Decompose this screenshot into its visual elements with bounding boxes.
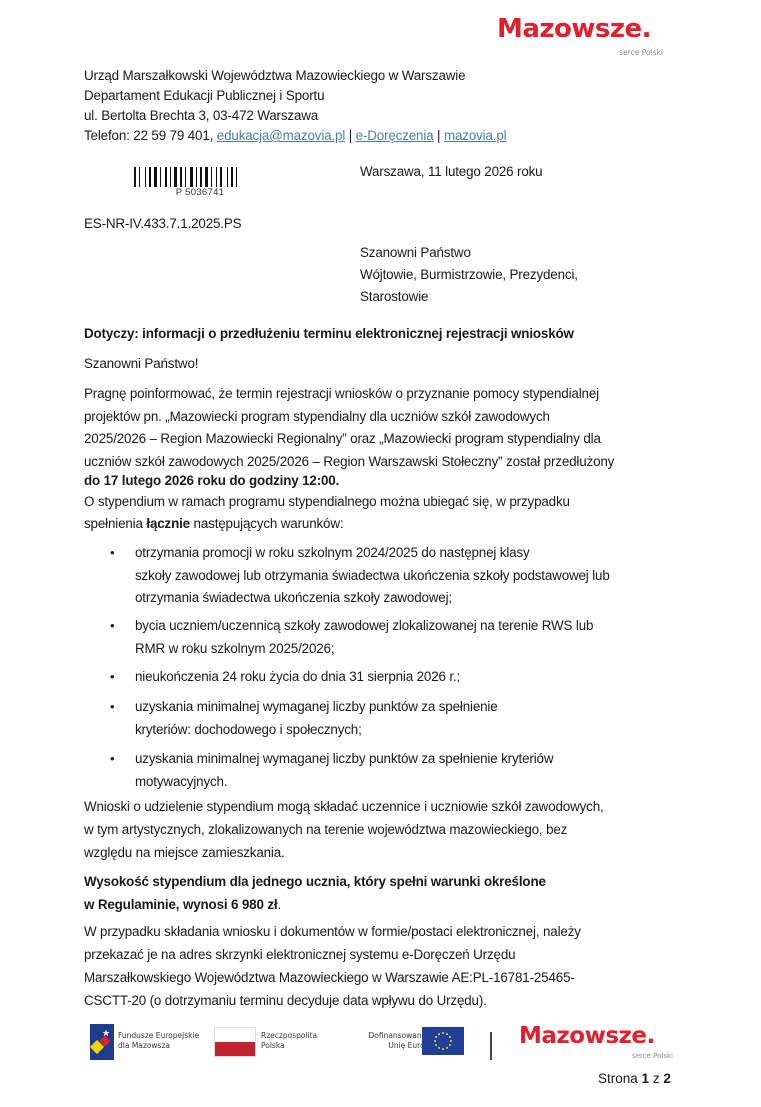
paragraph-stipend-amount: Wysokość stypendium dla jednego ucznia, … [84, 872, 546, 918]
logo-tagline: serce Polski [632, 1052, 673, 1060]
eu-flag-icon [422, 1027, 464, 1055]
email-link[interactable]: edukacja@mazovia.pl [217, 128, 345, 143]
paragraph-line: O stypendium w ramach programu stypendia… [84, 492, 570, 514]
logo-text: Polska [261, 1041, 317, 1051]
paragraph-line: Wnioski o udzielenie stypendium mogą skł… [84, 797, 604, 820]
logo-text: dla Mazowsza [118, 1041, 199, 1051]
mazowsze-logo: Mazowsze. serce Polski [497, 20, 667, 60]
letter-subject: Dotyczy: informacji o przedłużeniu termi… [84, 324, 574, 344]
paragraph-line: W przypadku składania wniosku i dokument… [84, 922, 581, 945]
barcode-bars [134, 167, 266, 187]
list-item-line: nieukończenia 24 roku życia do dnia 31 s… [135, 667, 460, 690]
paragraph-line: spełnienia łącznie następujących warunkó… [84, 514, 570, 536]
list-item-line: otrzymania promocji w roku szkolnym 2024… [135, 543, 610, 566]
paragraph-eligibility-intro: O stypendium w ramach programu stypendia… [84, 492, 570, 536]
text-segment: następujących warunków: [190, 516, 343, 531]
list-item-line: uzyskania minimalnej wymaganej liczby pu… [135, 749, 553, 772]
logo-wordmark: Mazowsze. [519, 1023, 655, 1049]
list-item-line: szkoły zawodowej lub otrzymania świadect… [135, 566, 610, 589]
logo-text: Fundusze Europejskie [118, 1031, 199, 1041]
logo-tagline: serce Polski [619, 48, 663, 57]
paragraph-line: względu na miejsce zamieszkania. [84, 843, 604, 866]
sender-department: Departament Edukacji Publicznej i Sportu [84, 86, 506, 106]
sender-office: Urząd Marszałkowski Województwa Mazowiec… [84, 66, 506, 86]
addressee-line: Szanowni Państwo [360, 243, 578, 265]
paragraph-line: Marszałkowskiego Województwa Mazowieckie… [84, 968, 581, 991]
addressee-line: Wójtowie, Burmistrzowie, Prezydenci, [360, 265, 578, 287]
list-item-line: uzyskania minimalnej wymaganej liczby pu… [135, 697, 498, 720]
page-number: Strona 1 z 2 [598, 1071, 671, 1086]
polish-flag-icon [214, 1027, 256, 1057]
paragraph-line: projektów pn. „Mazowiecki program stypen… [84, 407, 684, 430]
list-item-line: bycia uczniem/uczennicą szkoły zawodowej… [135, 616, 593, 639]
footer-divider [490, 1032, 492, 1060]
paragraph-line: 2025/2026 – Region Mazowiecki Regionalny… [84, 429, 684, 452]
text-segment: w Regulaminie, wynosi 6 980 zł [84, 897, 277, 912]
list-item-line: kryteriów: dochodowego i społecznych; [135, 720, 498, 743]
list-item-line: otrzymania świadectwa ukończenia szkoły … [135, 588, 610, 611]
paragraph-extension-info: Pragnę poinformować, że termin rejestrac… [84, 384, 684, 474]
fe-flag-icon: ★ [90, 1024, 114, 1060]
total-pages: 2 [663, 1071, 671, 1086]
reference-number: ES-NR-IV.433.7.1.2025.PS [84, 214, 241, 234]
paragraph-line: w Regulaminie, wynosi 6 980 zł. [84, 895, 546, 918]
salutation: Szanowni Państwo! [84, 354, 198, 374]
paragraph-electronic-submission: W przypadku składania wniosku i dokument… [84, 922, 581, 1014]
page-label: Strona [598, 1071, 638, 1086]
emphasis-text: łącznie [146, 516, 190, 531]
bullet-icon: • [110, 697, 114, 717]
website-link[interactable]: mazovia.pl [444, 128, 507, 143]
separator: | [345, 128, 355, 143]
sender-block: Urząd Marszałkowski Województwa Mazowiec… [84, 66, 506, 146]
paragraph-line: przekazać je na adres skrzynki elektroni… [84, 945, 581, 968]
addressee-block: Szanowni Państwo Wójtowie, Burmistrzowie… [360, 243, 578, 309]
mazowsze-footer-logo: Mazowsze. serce Polski [519, 1028, 679, 1064]
separator: | [433, 128, 443, 143]
paragraph-who-can-apply: Wnioski o udzielenie stypendium mogą skł… [84, 797, 604, 866]
bullet-icon: • [110, 667, 114, 687]
paragraph-line: CSCTT-20 (o dotrzymaniu terminu decyduje… [84, 991, 581, 1014]
logo-text: Rzeczpospolita [261, 1031, 317, 1041]
text-segment: spełnienia [84, 516, 146, 531]
e-doreczenia-link[interactable]: e-Doręczenia [356, 128, 434, 143]
sender-contact: Telefon: 22 59 79 401, edukacja@mazovia.… [84, 126, 506, 146]
paragraph-line: Pragnę poinformować, że termin rejestrac… [84, 384, 684, 407]
deadline-text: do 17 lutego 2026 roku do godziny 12:00. [84, 471, 339, 491]
list-item-line: motywacyjnych. [135, 772, 553, 795]
page-of: z [653, 1071, 660, 1086]
current-page: 1 [642, 1071, 650, 1086]
paragraph-line: Wysokość stypendium dla jednego ucznia, … [84, 872, 546, 895]
barcode-number: P 5036741 [134, 187, 266, 199]
sender-address: ul. Bertolta Brechta 3, 03-472 Warszawa [84, 106, 506, 126]
text-segment: . [277, 897, 281, 912]
rzeczpospolita-logo-text: Rzeczpospolita Polska [261, 1031, 317, 1051]
bullet-icon: • [110, 543, 114, 563]
addressee-line: Starostowie [360, 287, 578, 309]
list-item-line: RMR w roku szkolnym 2025/2026; [135, 639, 593, 662]
barcode: P 5036741 [134, 167, 266, 199]
bullet-icon: • [110, 616, 114, 636]
phone-text: Telefon: 22 59 79 401, [84, 128, 217, 143]
logo-wordmark: Mazowsze. [497, 14, 651, 44]
paragraph-line: w tym artystycznych, zlokalizowanych na … [84, 820, 604, 843]
letter-date: Warszawa, 11 lutego 2026 roku [360, 162, 542, 182]
bullet-icon: • [110, 749, 114, 769]
